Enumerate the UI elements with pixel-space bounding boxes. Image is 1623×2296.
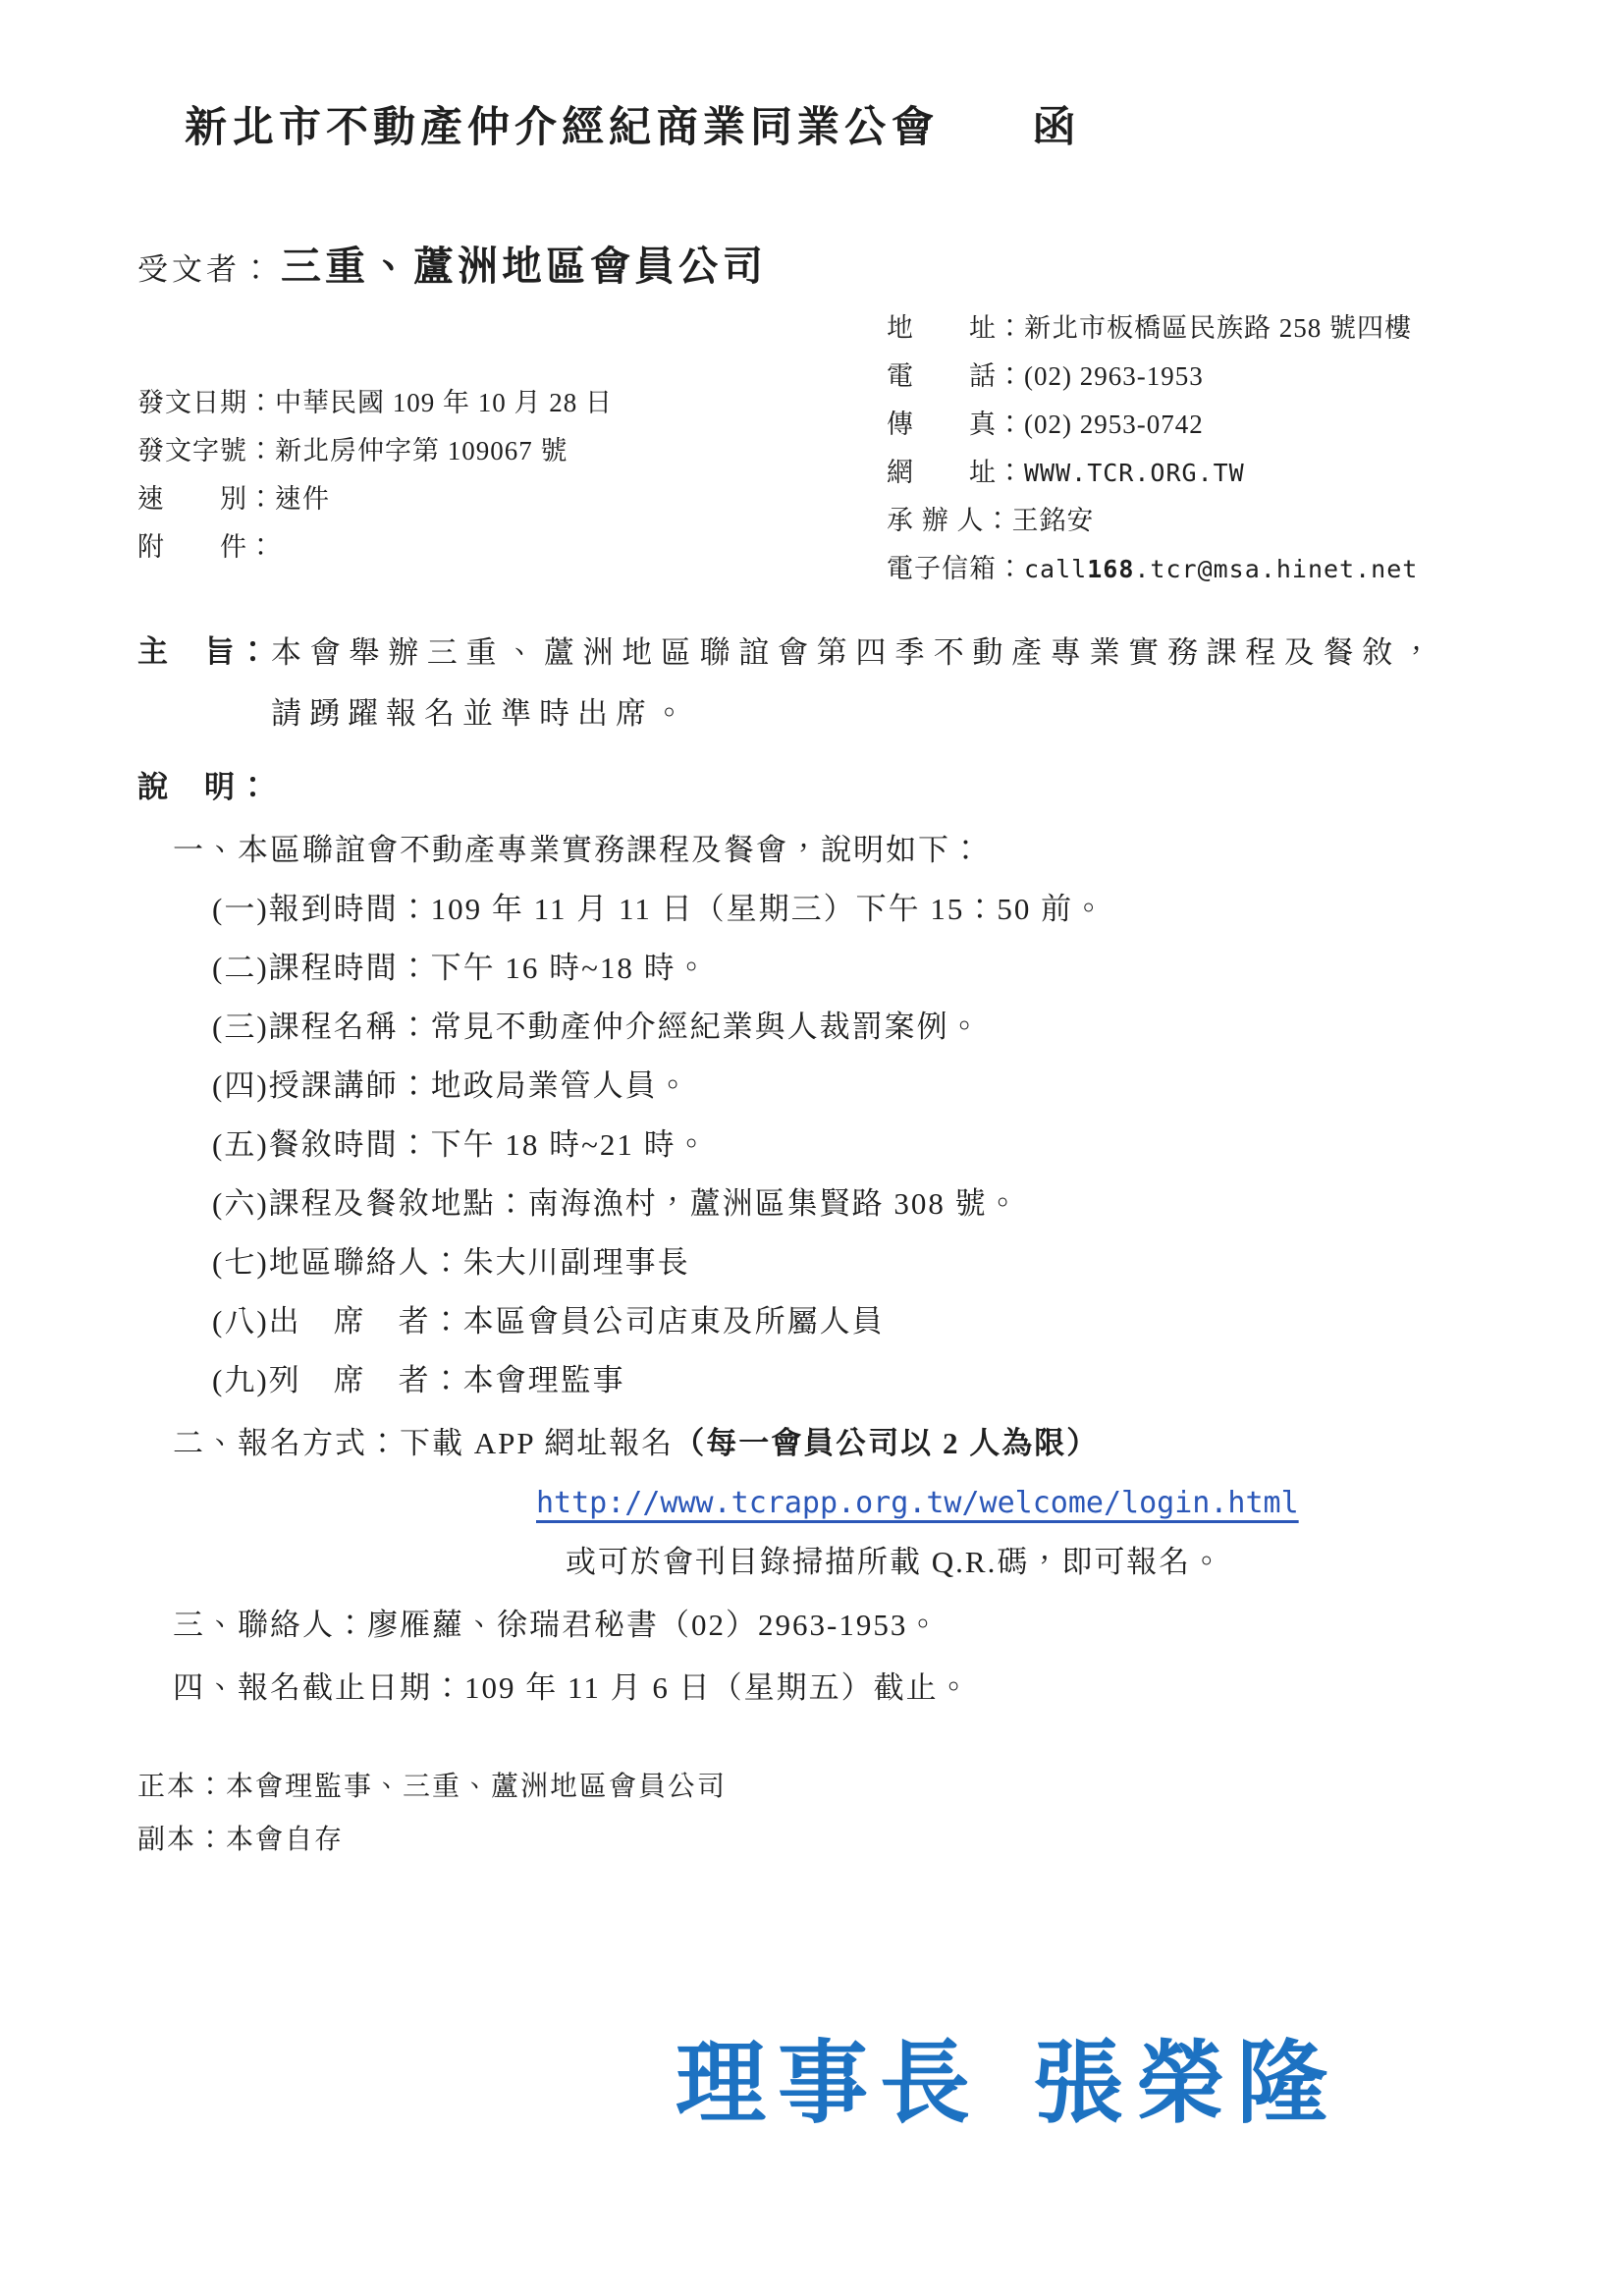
- explanation-label: 說 明：: [137, 758, 1512, 817]
- qr-code-note: 或可於會刊目錄掃描所載 Q.R.碼，即可報名。: [566, 1533, 1512, 1592]
- subject-label: 主 旨：: [137, 623, 271, 744]
- recipient-row: 受文者： 三重、蘆洲地區會員公司: [137, 234, 767, 292]
- phone-row: 電 話：(02) 2963-1953: [887, 353, 1476, 401]
- sub-item-4: (四)授課講師：地政局業管人員。: [212, 1057, 1512, 1116]
- subject-text: 本會舉辦三重、蘆洲地區聯誼會第四季不動產專業實務課程及餐敘，請踴躍報名並準時出席…: [271, 623, 1439, 744]
- website-value: WWW.TCR.ORG.TW: [1024, 459, 1245, 487]
- document-body: 主 旨： 本會舉辦三重、蘆洲地區聯誼會第四季不動產專業實務課程及餐敘，請踴躍報名…: [137, 623, 1512, 1867]
- dispatch-date-label: 發文日期：: [137, 379, 275, 427]
- priority-row: 速 別：速件: [137, 475, 766, 523]
- chairman-signature: 理事長張榮隆: [676, 2011, 1339, 2141]
- fax-row: 傳 真：(02) 2953-0742: [887, 401, 1476, 449]
- sub-item-2: (二)課程時間：下午 16 時~18 時。: [212, 939, 1512, 998]
- dispatch-date-value: 中華民國 109 年 10 月 28 日: [275, 388, 613, 417]
- dispatch-info-block: 發文日期：中華民國 109 年 10 月 28 日 發文字號：新北房仲字第 10…: [137, 379, 766, 572]
- document-title: 新北市不動產仲介經紀商業同業公會 函: [185, 94, 1080, 154]
- address-row: 地 址：新北市板橋區民族路 258 號四樓: [887, 304, 1476, 353]
- explanation-item-3: 三、聯絡人：廖雁蘿、徐瑞君秘書（02）2963-1953。: [173, 1596, 1512, 1655]
- document-page: 新北市不動產仲介經紀商業同業公會 函 受文者： 三重、蘆洲地區會員公司 地 址：…: [0, 0, 1623, 2296]
- chairman-name: 張榮隆: [1033, 2031, 1339, 2136]
- sub-item-9: (九)列 席 者：本會理監事: [212, 1351, 1512, 1410]
- explanation-item-4: 四、報名截止日期：109 年 11 月 6 日（星期五）截止。: [173, 1659, 1512, 1718]
- original-copy-line: 正本：本會理監事、三重、蘆洲地區會員公司: [137, 1761, 1512, 1814]
- recipient-label: 受文者：: [137, 245, 275, 289]
- email-label: 電子信箱：: [887, 545, 1024, 593]
- sub-item-6: (六)課程及餐敘地點：南海漁村，蘆洲區集賢路 308 號。: [212, 1175, 1512, 1233]
- handler-label: 承 辦 人：: [887, 497, 1012, 545]
- handler-row: 承 辦 人：王銘安: [887, 497, 1476, 545]
- registration-url-link[interactable]: http://www.tcrapp.org.tw/welcome/login.h…: [536, 1486, 1299, 1520]
- dispatch-date-row: 發文日期：中華民國 109 年 10 月 28 日: [137, 379, 766, 427]
- registration-method-text: 二、報名方式：下載 APP 網址報名: [173, 1426, 674, 1460]
- attachment-row: 附 件：: [137, 523, 766, 572]
- sub-item-8: (八)出 席 者：本區會員公司店東及所屬人員: [212, 1292, 1512, 1351]
- fax-value: (02) 2953-0742: [1024, 410, 1204, 439]
- sub-item-7: (七)地區聯絡人：朱大川副理事長: [212, 1233, 1512, 1292]
- address-value: 新北市板橋區民族路 258 號四樓: [1024, 313, 1412, 343]
- recipient-value: 三重、蘆洲地區會員公司: [281, 234, 767, 292]
- duplicate-copy-line: 副本：本會自存: [137, 1814, 1512, 1867]
- priority-value: 速件: [275, 484, 330, 514]
- sub-item-5: (五)餐敘時間：下午 18 時~21 時。: [212, 1116, 1512, 1175]
- explanation-item-2: 二、報名方式：下載 APP 網址報名（每一會員公司以 2 人為限）: [173, 1414, 1512, 1473]
- contact-info-block: 地 址：新北市板橋區民族路 258 號四樓 電 話：(02) 2963-1953…: [887, 304, 1476, 593]
- registration-link-line: http://www.tcrapp.org.tw/welcome/login.h…: [536, 1473, 1512, 1533]
- sub-item-1: (一)報到時間：109 年 11 月 11 日（星期三）下午 15：50 前。: [212, 880, 1512, 939]
- dispatch-number-row: 發文字號：新北房仲字第 109067 號: [137, 427, 766, 475]
- sub-item-3: (三)課程名稱：常見不動產仲介經紀業與人裁罰案例。: [212, 998, 1512, 1057]
- website-row: 網 址：WWW.TCR.ORG.TW: [887, 449, 1476, 497]
- dispatch-number-value: 新北房仲字第 109067 號: [275, 436, 568, 465]
- website-label: 網 址：: [887, 449, 1024, 497]
- email-value: call168.tcr@msa.hinet.net: [1024, 555, 1418, 583]
- email-row: 電子信箱：call168.tcr@msa.hinet.net: [887, 545, 1476, 593]
- phone-label: 電 話：: [887, 353, 1024, 401]
- registration-limit-text: （每一會員公司以 2 人為限）: [674, 1426, 1099, 1460]
- attachment-label: 附 件：: [137, 523, 275, 572]
- dispatch-number-label: 發文字號：: [137, 427, 275, 475]
- distribution-block: 正本：本會理監事、三重、蘆洲地區會員公司 副本：本會自存: [137, 1761, 1512, 1867]
- priority-label: 速 別：: [137, 475, 275, 523]
- subject-row: 主 旨： 本會舉辦三重、蘆洲地區聯誼會第四季不動產專業實務課程及餐敘，請踴躍報名…: [137, 623, 1512, 744]
- explanation-item-1: 一、本區聯誼會不動產專業實務課程及餐會，說明如下：: [173, 821, 1512, 880]
- address-label: 地 址：: [887, 304, 1024, 353]
- chairman-title: 理事長: [676, 2031, 982, 2136]
- phone-value: (02) 2963-1953: [1024, 361, 1204, 391]
- fax-label: 傳 真：: [887, 401, 1024, 449]
- handler-value: 王銘安: [1012, 506, 1095, 535]
